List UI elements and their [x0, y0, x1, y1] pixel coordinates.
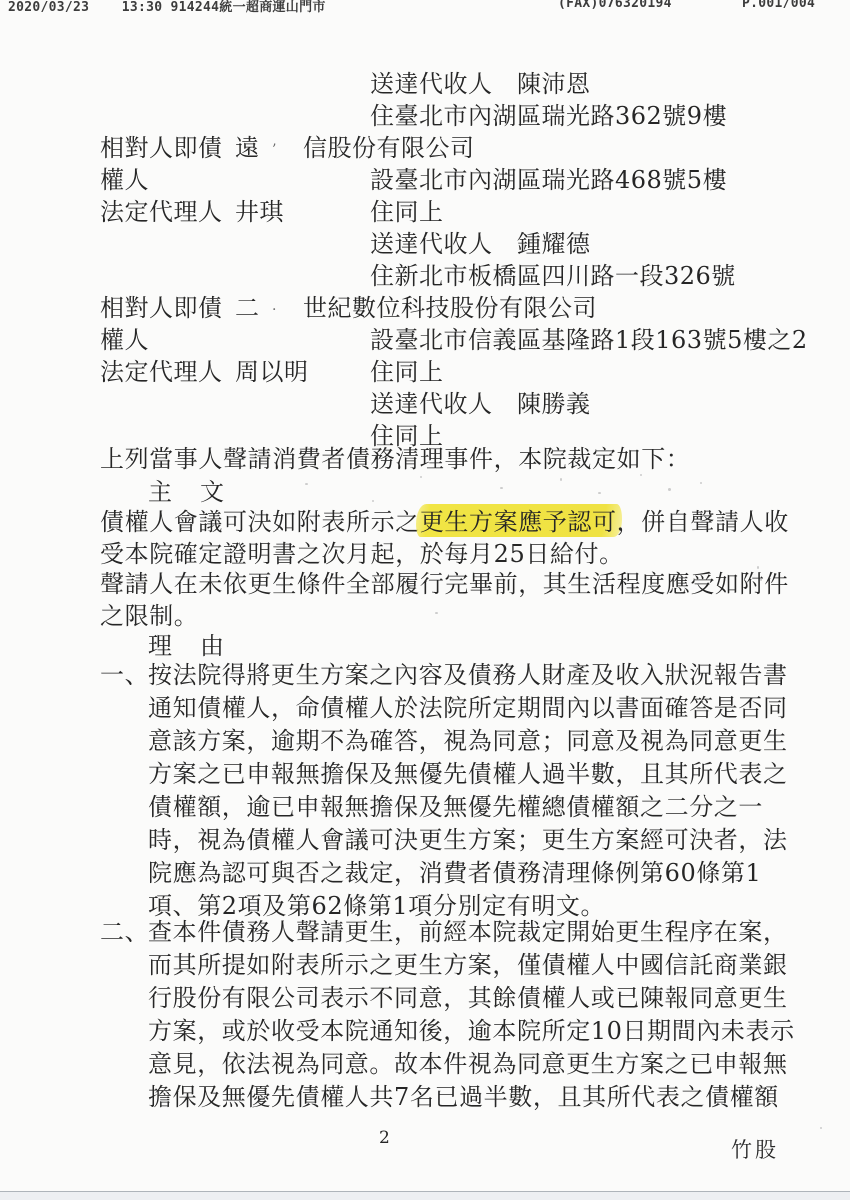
party-row: 送達代收人 陳勝義 — [100, 390, 790, 422]
party-row: 相對人即債 遠 ’ 信股份有限公司 — [100, 134, 790, 166]
reason-line: 方案之已申報無擔保及無優先債權人過半數，且其所代表之 — [148, 760, 788, 789]
party-name-part: 世紀數位科技股份有限公司 — [303, 294, 597, 322]
fax-number: (FAX)076320194 — [558, 0, 672, 11]
scan-edge-band — [0, 1192, 850, 1200]
party-name-part: 信股份有限公司 — [303, 134, 475, 162]
party-row: 送達代收人 陳沛恩 — [100, 70, 790, 102]
reason-line: 意見，依法視為同意。故本件視為同意更生方案之已申報無 — [148, 1050, 788, 1079]
address-line: 住同上 — [370, 198, 444, 226]
fax-timestamp: 2020/03/23 13:30 914244統一超商運山門市 — [8, 0, 326, 15]
list-marker: 二、 — [100, 918, 148, 947]
reason-line: 通知債權人，命債權人於法院所定期間內以書面確答是否同 — [148, 694, 788, 723]
reason-line: 債權額，逾已申報無擔保及無優先權總債權額之二分之一 — [148, 793, 763, 822]
clerk-unit-label: 竹股 — [731, 1134, 779, 1164]
reason-line: 項、第2項及第62條第1項分別定有明文。 — [148, 892, 605, 921]
party-row: 送達代收人 鍾耀德 — [100, 230, 790, 262]
party-label: 相對人即債 — [100, 294, 223, 322]
reason-line: 行股份有限公司表示不同意，其餘債權人或已陳報同意更生 — [148, 984, 788, 1013]
party-label: 相對人即債 — [100, 134, 223, 162]
service-agent-line: 送達代收人 鍾耀德 — [370, 230, 591, 258]
fax-header: 2020/03/23 13:30 914244統一超商運山門市 (FAX)076… — [0, 0, 850, 14]
reason-line: 一、按法院得將更生方案之內容及債務人財產及收入狀況報告書 — [100, 661, 788, 690]
party-name-part: 二 — [235, 294, 260, 322]
fax-page-indicator: P.001/004 — [742, 0, 815, 11]
service-agent-line: 送達代收人 陳勝義 — [370, 390, 591, 418]
main-text-line: 之限制。 — [100, 602, 198, 631]
party-label: 法定代理人 — [100, 198, 223, 226]
party-row: 住新北市板橋區四川路一段326號 — [100, 262, 790, 294]
scanned-fax-document-page: 2020/03/23 13:30 914244統一超商運山門市 (FAX)076… — [0, 0, 850, 1200]
reason-text: 查本件債務人聲請更生，前經本院裁定開始更生程序在案， — [148, 918, 788, 946]
party-row: 權人 設臺北市信義區基隆路1段163號5樓之2 — [100, 326, 790, 358]
address-line: 設臺北市信義區基隆路1段163號5樓之2 — [370, 326, 808, 354]
party-row: 法定代理人 井琪 住同上 — [100, 198, 790, 230]
reason-line: 而其所提如附表所示之更生方案，僅債權人中國信託商業銀 — [148, 951, 788, 980]
party-row: 住臺北市內湖區瑞光路362號9樓 — [100, 102, 790, 134]
legal-rep-name: 井琪 — [235, 198, 284, 226]
address-line: 設臺北市內湖區瑞光路468號5樓 — [370, 166, 727, 194]
highlighted-text: 更生方案應予認可 — [416, 504, 622, 537]
party-label: 權人 — [100, 326, 149, 354]
service-agent-line: 送達代收人 陳沛恩 — [370, 70, 591, 98]
main-text-post: ，併自聲請人收 — [617, 508, 789, 536]
party-row: 相對人即債 二 · 世紀數位科技股份有限公司 — [100, 294, 790, 326]
reason-line: 方案，或於收受本院通知後，逾本院所定10日期間內未表示 — [148, 1017, 795, 1046]
address-line: 住同上 — [370, 358, 444, 386]
address-line: 住新北市板橋區四川路一段326號 — [370, 262, 736, 290]
reason-line: 時，視為債權人會議可決更生方案；更生方案經可決者，法 — [148, 826, 788, 855]
reason-line: 意該方案，逾期不為確答，視為同意；同意及視為同意更生 — [148, 727, 788, 756]
page-number: 2 — [379, 1128, 390, 1148]
reason-text: 按法院得將更生方案之內容及債務人財產及收入狀況報告書 — [148, 661, 788, 689]
party-label: 法定代理人 — [100, 358, 223, 386]
reason-heading: 理 由 — [148, 632, 226, 661]
ruling-intro: 上列當事人聲請消費者債務清理事件，本院裁定如下： — [100, 445, 690, 474]
list-marker: 一、 — [100, 661, 148, 690]
main-text-heading: 主 文 — [148, 478, 226, 507]
redaction-mark: · — [272, 296, 277, 324]
legal-rep-name: 周以明 — [235, 358, 309, 386]
main-text-pre: 債權人會議可決如附表所示之 — [100, 508, 420, 536]
redaction-mark: ’ — [272, 136, 277, 164]
reason-line: 擔保及無優先債權人共7名已過半數，且其所代表之債權額 — [148, 1083, 779, 1112]
party-row: 權人 設臺北市內湖區瑞光路468號5樓 — [100, 166, 790, 198]
main-text-line: 債權人會議可決如附表所示之更生方案應予認可，併自聲請人收 — [100, 508, 789, 537]
reason-line: 二、查本件債務人聲請更生，前經本院裁定開始更生程序在案， — [100, 918, 788, 947]
main-text-line: 聲請人在未依更生條件全部履行完畢前，其生活程度應受如附件 — [100, 570, 789, 599]
party-name-part: 遠 — [235, 134, 260, 162]
party-block: 送達代收人 陳沛恩 住臺北市內湖區瑞光路362號9樓 相對人即債 遠 ’ 信股份… — [100, 70, 790, 454]
address-line: 住臺北市內湖區瑞光路362號9樓 — [370, 102, 727, 130]
reason-line: 院應為認可與否之裁定，消費者債務清理條例第60條第1 — [148, 859, 761, 888]
main-text-line: 受本院確定證明書之次月起，於每月25日給付。 — [100, 540, 624, 569]
party-row: 法定代理人 周以明 住同上 — [100, 358, 790, 390]
party-label: 權人 — [100, 166, 149, 194]
